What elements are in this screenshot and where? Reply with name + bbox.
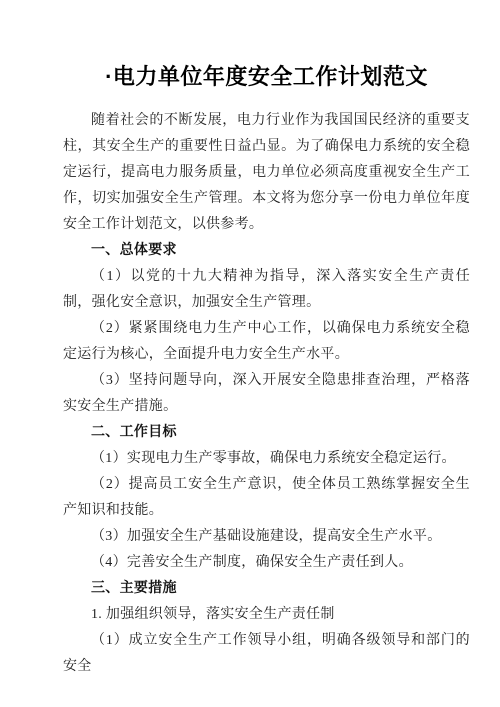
document-title: ·电力单位年度安全工作计划范文 [63, 61, 470, 92]
section-2-item-4: （4）完善安全生产制度，确保安全生产责任到人。 [63, 550, 470, 576]
measure-1-item-1: （1）成立安全生产工作领导小组，明确各级领导和部门的安全 [63, 628, 470, 680]
document-page: ·电力单位年度安全工作计划范文 随着社会的不断发展，电力行业作为我国国民经济的重… [0, 0, 500, 707]
section-3-heading: 三、主要措施 [63, 576, 470, 602]
section-2-item-1: （1）实现电力生产零事故，确保电力系统安全稳定运行。 [63, 446, 470, 472]
section-1-item-1: （1）以党的十九大精神为指导，深入落实安全生产责任制，强化安全意识，加强安全生产… [63, 264, 470, 316]
section-2-item-3: （3）加强安全生产基础设施建设，提高安全生产水平。 [63, 524, 470, 550]
section-2-item-2: （2）提高员工安全生产意识，使全体员工熟练掌握安全生产知识和技能。 [63, 472, 470, 524]
section-2-heading: 二、工作目标 [63, 420, 470, 446]
document-content: ·电力单位年度安全工作计划范文 随着社会的不断发展，电力行业作为我国国民经济的重… [63, 0, 470, 680]
section-1-item-2: （2）紧紧围绕电力生产中心工作，以确保电力系统安全稳定运行为核心，全面提升电力安… [63, 316, 470, 368]
section-1-heading: 一、总体要求 [63, 238, 470, 264]
section-1-item-3: （3）坚持问题导向，深入开展安全隐患排查治理，严格落实安全生产措施。 [63, 368, 470, 420]
intro-paragraph: 随着社会的不断发展，电力行业作为我国国民经济的重要支柱，其安全生产的重要性日益凸… [63, 108, 470, 238]
measure-1-subheading: 1. 加强组织领导，落实安全生产责任制 [63, 602, 470, 628]
